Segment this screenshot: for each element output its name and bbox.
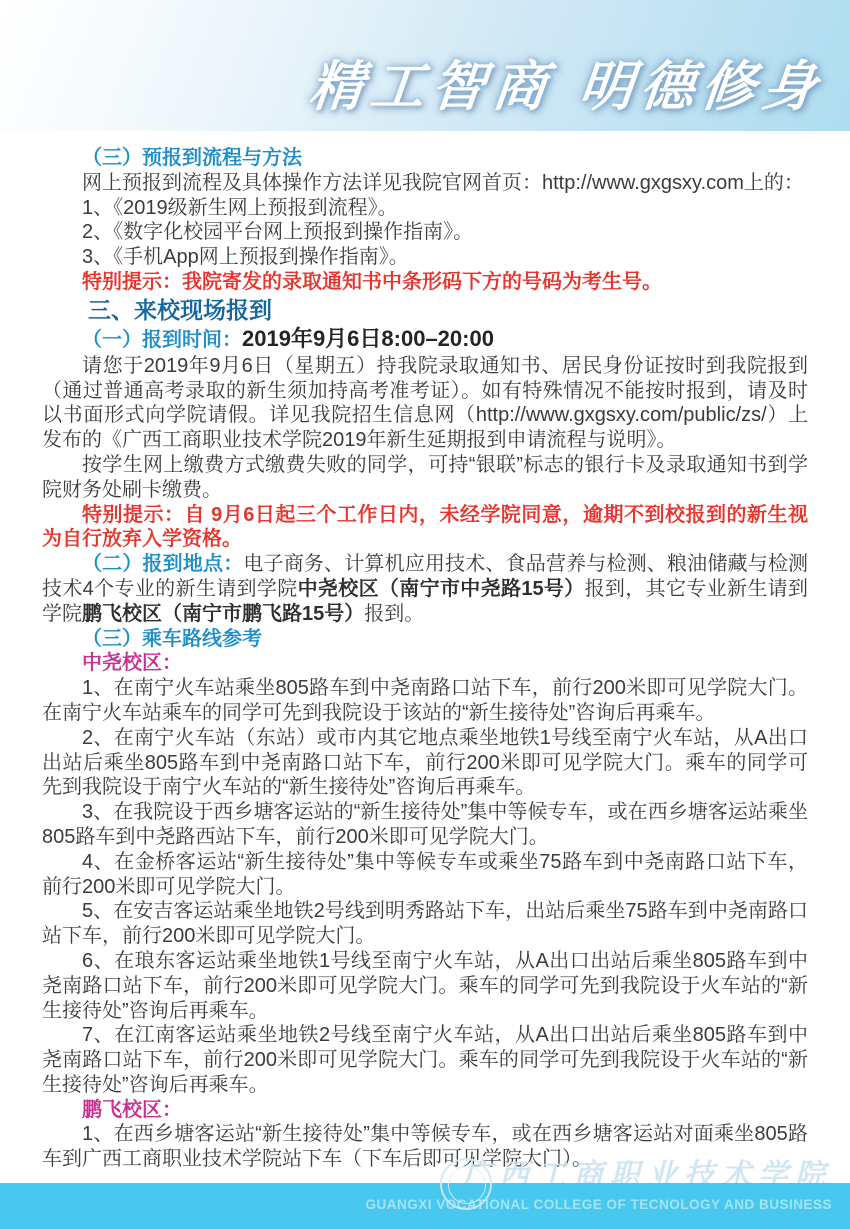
section-heading-bus-routes: （三）乘车路线参考 bbox=[42, 627, 808, 652]
footer-bar: GUANGXI VOCATIONAL COLLEGE OF TECNOLOGY … bbox=[0, 1183, 850, 1229]
pre-register-item-1: 1、《2019级新生网上预报到流程》。 bbox=[42, 196, 808, 221]
pre-register-item-2: 2、《数字化校园平台网上预报到操作指南》。 bbox=[42, 220, 808, 245]
college-seal-inner-ring bbox=[448, 1166, 486, 1204]
registration-location-label: （二）报到地点： bbox=[82, 553, 243, 575]
registration-time-value: 2019年9月6日8:00–20:00 bbox=[242, 326, 494, 351]
zhongyao-route-4: 4、在金桥客运站“新生接待处”集中等候专车或乘坐75路车到中尧南路口站下车，前行… bbox=[42, 850, 808, 900]
zhongyao-route-7: 7、在江南客运站乘坐地铁2号线至南宁火车站，从A出口出站后乘坐805路车到中尧南… bbox=[42, 1023, 808, 1097]
payment-instructions-paragraph: 按学生网上缴费方式缴费失败的同学，可持“银联”标志的银行卡及录取通知书到学院财务… bbox=[42, 453, 808, 503]
arrival-instructions-paragraph: 请您于2019年9月6日（星期五）持我院录取通知书、居民身份证按时到我院报到（通… bbox=[42, 354, 808, 453]
pre-register-intro: 网上预报到流程及具体操作方法详见我院官网首页：http://www.gxgsxy… bbox=[42, 171, 808, 196]
zhongyao-route-1: 1、在南宁火车站乘坐805路车到中尧南路口站下车，前行200米即可见学院大门。在… bbox=[42, 676, 808, 726]
location-text-3: 报到。 bbox=[364, 603, 424, 625]
location-campus-pengfei: 鹏飞校区（南宁市鹏飞路15号） bbox=[82, 603, 364, 625]
notice-content: （三）预报到流程与方法 网上预报到流程及具体操作方法详见我院官网首页：http:… bbox=[0, 146, 850, 1172]
registration-time-line: （一）报到时间：2019年9月6日8:00–20:00 bbox=[42, 325, 808, 354]
notice-page: 精工智商 明德修身 （三）预报到流程与方法 网上预报到流程及具体操作方法详见我院… bbox=[0, 0, 850, 1229]
campus-label-pengfei: 鹏飞校区： bbox=[42, 1098, 808, 1123]
special-tip-deadline: 特别提示：自 9月6日起三个工作日内，未经学院同意，逾期不到校报到的新生视为自行… bbox=[42, 503, 808, 553]
registration-location-paragraph: （二）报到地点：电子商务、计算机应用技术、食品营养与检测、粮油储藏与检测技术4个… bbox=[42, 552, 808, 626]
header-banner: 精工智商 明德修身 bbox=[0, 0, 850, 131]
section-heading-pre-register: （三）预报到流程与方法 bbox=[42, 146, 808, 171]
zhongyao-route-3: 3、在我院设于西乡塘客运站的“新生接待处”集中等候专车，或在西乡塘客运站乘坐80… bbox=[42, 800, 808, 850]
part3-heading-onsite-registration: 三、来校现场报到 bbox=[42, 295, 808, 325]
school-motto-calligraphy: 精工智商 明德修身 bbox=[306, 44, 828, 121]
college-name-en-watermark: GUANGXI VOCATIONAL COLLEGE OF TECNOLOGY … bbox=[365, 1197, 832, 1212]
zhongyao-route-6: 6、在琅东客运站乘坐地铁1号线至南宁火车站，从A出口出站后乘坐805路车到中尧南… bbox=[42, 949, 808, 1023]
location-campus-zhongyao: 中尧校区（南宁市中尧路15号） bbox=[298, 578, 585, 600]
campus-label-zhongyao: 中尧校区： bbox=[42, 651, 808, 676]
special-tip-candidate-number: 特别提示：我院寄发的录取通知书中条形码下方的号码为考生号。 bbox=[42, 270, 808, 295]
zhongyao-route-2: 2、在南宁火车站（东站）或市内其它地点乘坐地铁1号线至南宁火车站，从A出口出站后… bbox=[42, 726, 808, 800]
college-seal-logo bbox=[440, 1158, 492, 1210]
registration-time-label: （一）报到时间： bbox=[82, 329, 242, 351]
zhongyao-route-5: 5、在安吉客运站乘坐地铁2号线到明秀路站下车，出站后乘坐75路车到中尧南路口站下… bbox=[42, 899, 808, 949]
pre-register-item-3: 3、《手机App网上预报到操作指南》。 bbox=[42, 245, 808, 270]
